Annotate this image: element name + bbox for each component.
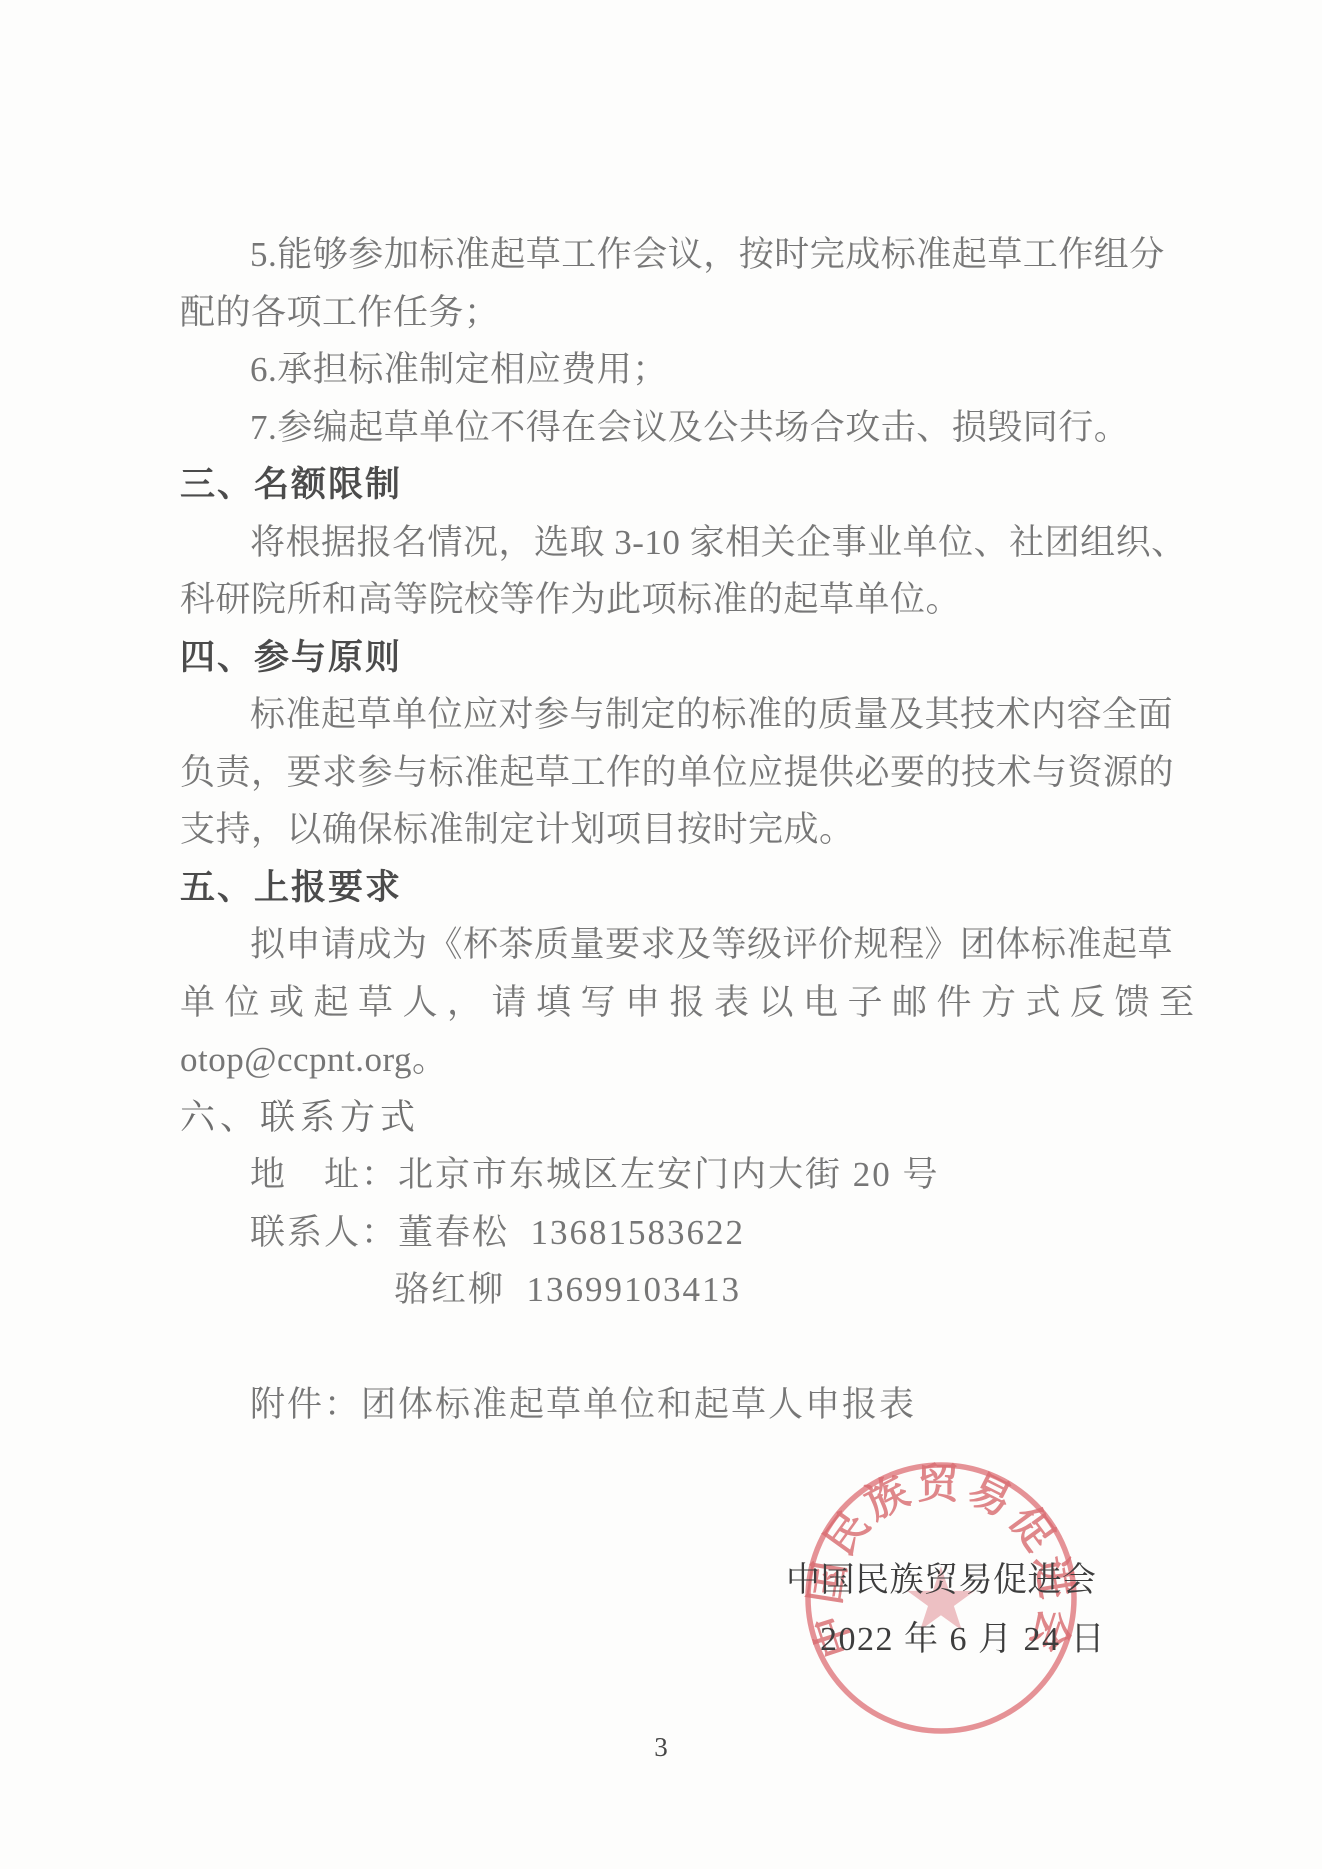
- text-line: 附件：团体标准起草单位和起草人申报表: [180, 1376, 1165, 1434]
- text-line: 支持，以确保标准制定计划项目按时完成。: [180, 801, 1165, 859]
- document-body: 5.能够参加标准起草工作会议，按时完成标准起草工作组分配的各项工作任务；6.承担…: [180, 226, 1165, 1434]
- text-line: 五、上报要求: [180, 859, 1165, 917]
- text-line: 联系人：董春松 13681583622: [180, 1204, 1165, 1262]
- text-line: 地 址：北京市东城区左安门内大街 20 号: [180, 1146, 1165, 1204]
- text-line: 四、参与原则: [180, 629, 1165, 687]
- page-number: 3: [0, 1732, 1322, 1763]
- organization-name: 中国民族贸易促进会: [786, 1563, 1097, 1599]
- text-line: otop@ccpnt.org。: [180, 1031, 1165, 1089]
- text-line: 7.参编起草单位不得在会议及公共场合攻击、损毁同行。: [180, 399, 1165, 457]
- text-line: 单位或起草人，请填写申报表以电子邮件方式反馈至: [180, 974, 1165, 1032]
- text-line: 骆红柳 13699103413: [180, 1261, 1165, 1319]
- text-line: 三、名额限制: [180, 456, 1165, 514]
- text-line: 标准起草单位应对参与制定的标准的质量及其技术内容全面: [180, 686, 1165, 744]
- text-line: 将根据报名情况，选取 3-10 家相关企事业单位、社团组织、: [180, 514, 1165, 572]
- document-date: 2022 年 6 月 24 日: [820, 1622, 1106, 1658]
- text-line: 负责，要求参与标准起草工作的单位应提供必要的技术与资源的: [180, 744, 1165, 802]
- text-line: 六、联系方式: [180, 1089, 1165, 1147]
- text-line: 科研院所和高等院校等作为此项标准的起草单位。: [180, 571, 1165, 629]
- text-line: 配的各项工作任务；: [180, 284, 1165, 342]
- document-page: 5.能够参加标准起草工作会议，按时完成标准起草工作组分配的各项工作任务；6.承担…: [0, 0, 1322, 1869]
- text-line: 5.能够参加标准起草工作会议，按时完成标准起草工作组分: [180, 226, 1165, 284]
- text-line: [180, 1319, 1165, 1377]
- text-line: 6.承担标准制定相应费用；: [180, 341, 1165, 399]
- text-line: 拟申请成为《杯茶质量要求及等级评价规程》团体标准起草: [180, 916, 1165, 974]
